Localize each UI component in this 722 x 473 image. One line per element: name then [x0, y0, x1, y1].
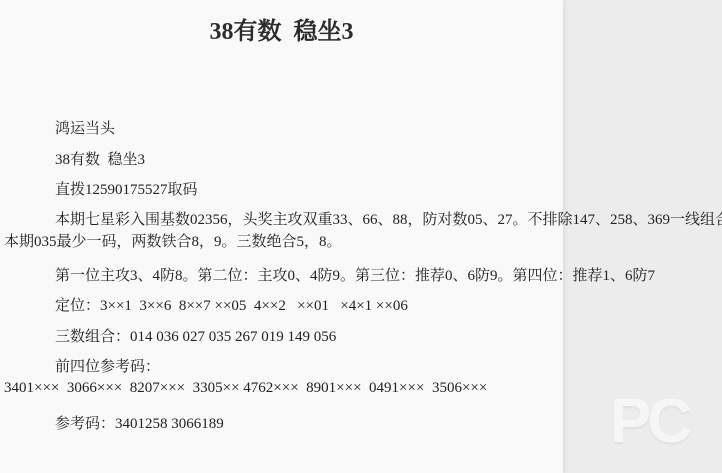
pc-watermark-logo: PC — [610, 386, 688, 457]
page-title: 38有数 稳坐3 — [0, 16, 563, 48]
article-subtitle: 38有数 稳坐3 — [4, 150, 722, 171]
three-number-combos-line: 三数组合：014 036 027 035 267 019 149 056 — [4, 327, 722, 348]
analysis-line-2: 本期035最少一码，两数铁合8，9。三数绝合5，8。 — [4, 232, 722, 253]
four-digit-ref-label: 前四位参考码： — [4, 357, 722, 378]
content-page: 38有数 稳坐3 鸿运当头 38有数 稳坐3 直拨12590175527取码 本… — [0, 0, 563, 473]
article-body: 鸿运当头 38有数 稳坐3 直拨12590175527取码 本期七星彩入围基数0… — [0, 48, 722, 435]
positioning-line: 定位：3××1 3××6 8××7 ××05 4××2 ××01 ×4×1 ××… — [4, 296, 722, 317]
analysis-line-1: 本期七星彩入围基数02356，头奖主攻双重33、66、88，防对数05、27。不… — [4, 210, 722, 231]
position-picks-line: 第一位主攻3、4防8。第二位：主攻0、4防9。第三位：推荐0、6防9。第四位：推… — [4, 266, 722, 287]
phone-code-line: 直拨12590175527取码 — [4, 180, 722, 201]
slogan-text: 鸿运当头 — [4, 119, 722, 140]
screenshot-root: 38有数 稳坐3 鸿运当头 38有数 稳坐3 直拨12590175527取码 本… — [0, 0, 722, 473]
